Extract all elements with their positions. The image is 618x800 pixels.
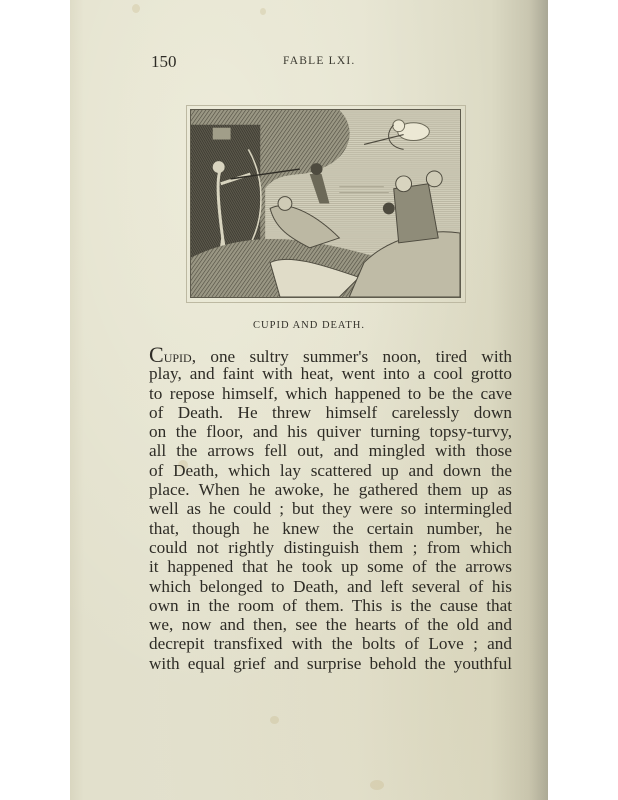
text-line: which belonged to Death, and left severa… [149,577,512,596]
text-line: could not rightly distinguish them ; fro… [149,538,512,557]
text-line: Cupid, one sultry summer's noon, tired w… [149,345,512,364]
text-line: it happened that he took up some of the … [149,557,512,576]
engraving-illustration-icon [191,110,460,297]
text-line: decrepit transfixed with the bolts of Lo… [149,634,512,653]
foxing-spot [370,780,384,790]
text-line-content: , one sultry summer's noon, tired with [192,347,512,366]
first-word: Cupid [149,347,192,366]
text-line: of Death, which lay scattered up and dow… [149,461,512,480]
text-line: of Death. He threw himself carelessly do… [149,403,512,422]
text-line: all the arrows fell out, and mingled wit… [149,441,512,460]
text-line: place. When he awoke, he gathered them u… [149,480,512,499]
page-number: 150 [151,52,177,72]
engraving-illustration-icon [190,109,461,298]
first-word-rest: upid [164,347,192,366]
text-line: own in the room of them. This is the cau… [149,596,512,615]
text-line: play, and faint with heat, went into a c… [149,364,512,383]
text-line: well as he could ; but they were so inte… [149,499,512,518]
text-line: on the floor, and his quiver turning top… [149,422,512,441]
text-line: that, though he knew the certain number,… [149,519,512,538]
drop-cap: C [149,342,164,367]
text-line: to repose himself, which happened to be … [149,384,512,403]
text-line: with equal grief and surprise behold the… [149,654,512,673]
fable-text: Cupid, one sultry summer's noon, tired w… [149,345,512,673]
book-page: 150 FABLE LXI. [70,0,548,800]
foxing-spot [260,8,266,15]
header-title: FABLE LXI. [283,55,355,67]
plate-mark [186,105,466,303]
foxing-spot [132,4,140,13]
running-head: 150 FABLE LXI. [70,52,548,72]
illustration-caption: CUPID AND DEATH. [70,320,548,331]
text-line: we, now and then, see the hearts of the … [149,615,512,634]
foxing-spot [270,716,279,724]
